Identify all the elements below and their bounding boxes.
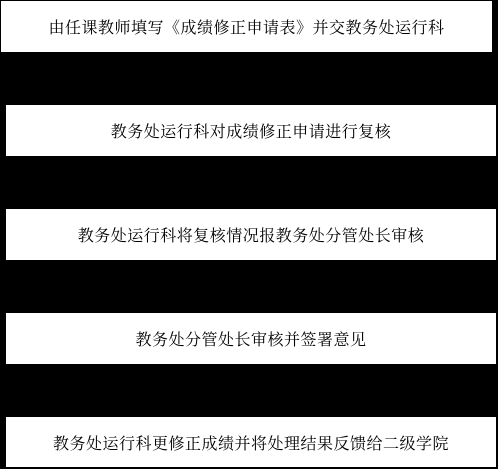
flow-step-label: 教务处分管处长审核并签署意见 xyxy=(135,327,366,350)
flow-step-director-approval: 教务处分管处长审核并签署意见 xyxy=(6,313,496,364)
flow-step-report-to-director: 教务处运行科将复核情况报教务处分管处长审核 xyxy=(6,209,496,260)
flow-step-label: 由任课教师填写《成绩修正申请表》并交教务处运行科 xyxy=(48,15,444,38)
flow-step-label: 教务处运行科对成绩修正申请进行复核 xyxy=(111,119,392,142)
flow-step-review: 教务处运行科对成绩修正申请进行复核 xyxy=(6,105,496,156)
flow-step-label: 教务处运行科将复核情况报教务处分管处长审核 xyxy=(78,223,425,246)
flow-step-correct-and-feedback: 教务处运行科更修正成绩并将处理结果反馈给二级学院 xyxy=(6,417,496,467)
flow-step-label: 教务处运行科更修正成绩并将处理结果反馈给二级学院 xyxy=(53,431,449,454)
flow-step-submit-application: 由任课教师填写《成绩修正申请表》并交教务处运行科 xyxy=(1,1,492,52)
